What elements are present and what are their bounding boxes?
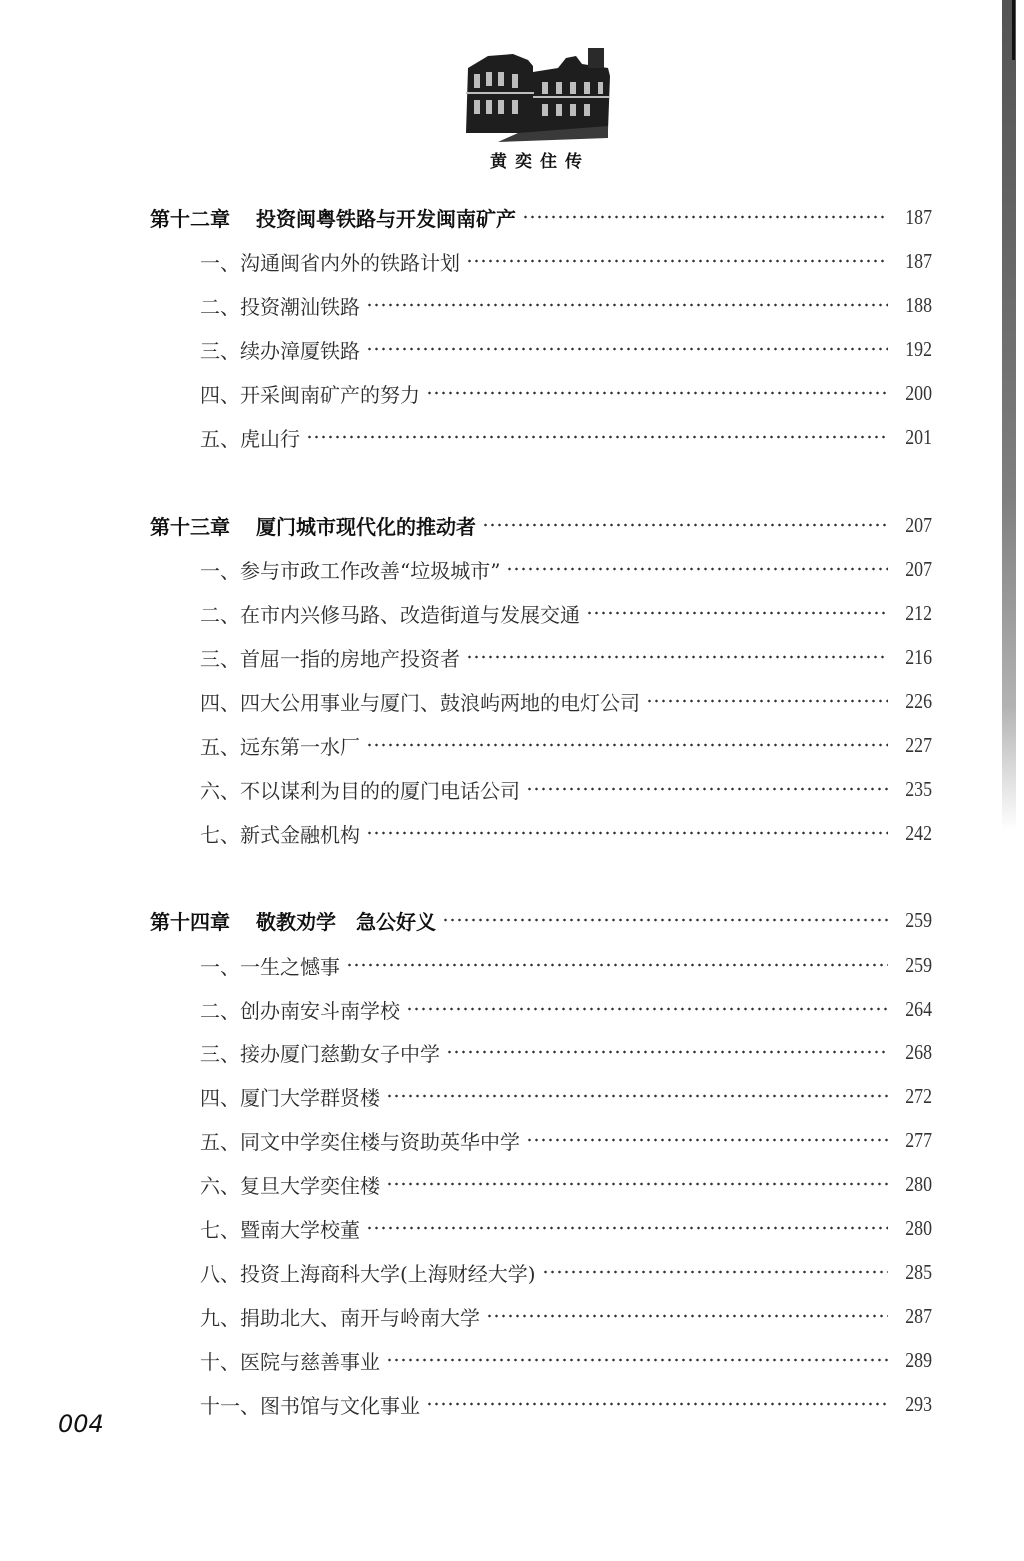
- page-number: 235: [900, 777, 932, 802]
- section-title: 七、新式金融机构: [200, 819, 360, 848]
- toc-entry[interactable]: 三、接办厦门慈勤女子中学268: [200, 1037, 932, 1067]
- dot-leader: [406, 1006, 888, 1012]
- dot-leader: [386, 1093, 888, 1099]
- dot-leader: [346, 962, 888, 968]
- dot-leader: [482, 522, 888, 528]
- page-number: 264: [900, 997, 932, 1022]
- section-title: 五、远东第一水厂: [200, 731, 360, 760]
- toc-entry[interactable]: 二、在市内兴修马路、改造街道与发展交通212: [200, 598, 932, 628]
- section-title: 四、厦门大学群贤楼: [200, 1082, 380, 1111]
- toc-entry[interactable]: 十一、图书馆与文化事业293: [200, 1389, 932, 1419]
- section-title: 七、暨南大学校董: [200, 1214, 360, 1243]
- section-title: 三、续办漳厦铁路: [200, 335, 360, 364]
- toc-entry[interactable]: 七、暨南大学校董280: [200, 1213, 932, 1243]
- chapter-heading[interactable]: 第十三章 厦门城市现代化的推动者 207: [150, 510, 932, 540]
- page-number: 285: [900, 1260, 932, 1285]
- page-number: 259: [900, 908, 932, 933]
- toc-entry[interactable]: 六、不以谋利为目的的厦门电话公司235: [200, 774, 932, 804]
- toc-entry[interactable]: 一、沟通闽省内外的铁路计划187: [200, 246, 932, 276]
- toc-entry[interactable]: 三、续办漳厦铁路192: [200, 334, 932, 364]
- dot-leader: [366, 346, 888, 352]
- scan-edge-artifact: [1002, 0, 1016, 830]
- section-title: 八、投资上海商科大学(上海财经大学): [200, 1258, 536, 1287]
- page-number: 226: [900, 689, 932, 714]
- section-title: 二、投资潮汕铁路: [200, 291, 360, 320]
- page-folio: 004: [58, 1410, 104, 1438]
- dot-leader: [526, 1137, 888, 1143]
- dot-leader: [386, 1357, 888, 1363]
- page-number: 277: [900, 1128, 932, 1153]
- dot-leader: [426, 390, 888, 396]
- page-number: 192: [900, 337, 932, 362]
- toc-entry[interactable]: 十、医院与慈善事业289: [200, 1345, 932, 1375]
- page-number: 287: [900, 1304, 932, 1329]
- section-title: 三、接办厦门慈勤女子中学: [200, 1038, 440, 1067]
- page-number: 268: [900, 1040, 932, 1065]
- toc-entry[interactable]: 四、四大公用事业与厦门、鼓浪屿两地的电灯公司226: [200, 686, 932, 716]
- dot-leader: [466, 258, 888, 264]
- page-number: 207: [900, 557, 932, 582]
- chapter-number: 第十四章: [150, 906, 230, 935]
- toc-entry[interactable]: 五、远东第一水厂227: [200, 730, 932, 760]
- section-title: 六、复旦大学奕住楼: [200, 1170, 380, 1199]
- chapter-heading[interactable]: 第十二章 投资闽粤铁路与开发闽南矿产 187: [150, 202, 932, 232]
- section-title: 十、医院与慈善事业: [200, 1346, 380, 1375]
- chapter-heading[interactable]: 第十四章 敬教劝学 急公好义 259: [150, 905, 932, 935]
- book-title: 黄奕住传: [440, 147, 640, 172]
- section-title: 三、首屈一指的房地产投资者: [200, 643, 460, 672]
- toc-entry[interactable]: 一、一生之憾事259: [200, 950, 932, 980]
- chapter-title: 厦门城市现代化的推动者: [256, 511, 476, 540]
- chapter-number: 第十三章: [150, 511, 230, 540]
- section-title: 一、一生之憾事: [200, 951, 340, 980]
- section-title: 十一、图书馆与文化事业: [200, 1390, 420, 1419]
- page-number: 201: [900, 425, 932, 450]
- dot-leader: [386, 1181, 888, 1187]
- toc-entry[interactable]: 三、首屈一指的房地产投资者216: [200, 642, 932, 672]
- dot-leader: [366, 1225, 888, 1231]
- toc-entry[interactable]: 四、开采闽南矿产的努力200: [200, 378, 932, 408]
- toc-entry[interactable]: 九、捐助北大、南开与岭南大学287: [200, 1301, 932, 1331]
- toc-entry[interactable]: 二、创办南安斗南学校264: [200, 994, 932, 1024]
- toc-entry[interactable]: 四、厦门大学群贤楼272: [200, 1081, 932, 1111]
- dot-leader: [486, 1313, 888, 1319]
- dot-leader: [306, 434, 888, 440]
- page-number: 280: [900, 1172, 932, 1197]
- page-number: 212: [900, 601, 932, 626]
- page-number: 289: [900, 1348, 932, 1373]
- page-number: 293: [900, 1392, 932, 1417]
- dot-leader: [466, 654, 888, 660]
- toc-entry[interactable]: 五、同文中学奕住楼与资助英华中学277: [200, 1125, 932, 1155]
- toc-entry[interactable]: 八、投资上海商科大学(上海财经大学)285: [200, 1257, 932, 1287]
- dot-leader: [366, 742, 888, 748]
- dot-leader: [442, 917, 888, 923]
- section-title: 五、同文中学奕住楼与资助英华中学: [200, 1126, 520, 1155]
- page-number: 259: [900, 953, 932, 978]
- section-title: 二、创办南安斗南学校: [200, 995, 400, 1024]
- section-title: 一、沟通闽省内外的铁路计划: [200, 247, 460, 276]
- chapter-title: 投资闽粤铁路与开发闽南矿产: [256, 203, 516, 232]
- section-title: 二、在市内兴修马路、改造街道与发展交通: [200, 599, 580, 628]
- scan-edge-artifact-dark: [1012, 0, 1015, 60]
- chapter-title: 敬教劝学 急公好义: [256, 906, 436, 935]
- chapter-number: 第十二章: [150, 203, 230, 232]
- page-number: 188: [900, 293, 932, 318]
- dot-leader: [526, 786, 888, 792]
- dot-leader: [506, 566, 888, 572]
- section-title: 一、参与市政工作改善“垃圾城市”: [200, 555, 500, 584]
- page-number: 272: [900, 1084, 932, 1109]
- toc-entry[interactable]: 二、投资潮汕铁路188: [200, 290, 932, 320]
- section-title: 五、虎山行: [200, 423, 300, 452]
- page-number: 207: [900, 513, 932, 538]
- dot-leader: [366, 302, 888, 308]
- dot-leader: [522, 214, 888, 220]
- dot-leader: [542, 1269, 888, 1275]
- page-number: 242: [900, 821, 932, 846]
- section-title: 九、捐助北大、南开与岭南大学: [200, 1302, 480, 1331]
- dot-leader: [426, 1401, 888, 1407]
- page-number: 187: [900, 205, 932, 230]
- toc-entry[interactable]: 六、复旦大学奕住楼280: [200, 1169, 932, 1199]
- toc-entry[interactable]: 一、参与市政工作改善“垃圾城市”207: [200, 554, 932, 584]
- page-number: 216: [900, 645, 932, 670]
- dot-leader: [586, 610, 888, 616]
- page-number: 200: [900, 381, 932, 406]
- page-number: 227: [900, 733, 932, 758]
- section-title: 四、开采闽南矿产的努力: [200, 379, 420, 408]
- toc-entry[interactable]: 五、虎山行201: [200, 422, 932, 452]
- toc-entry[interactable]: 七、新式金融机构242: [200, 818, 932, 848]
- page-number: 280: [900, 1216, 932, 1241]
- section-title: 四、四大公用事业与厦门、鼓浪屿两地的电灯公司: [200, 687, 640, 716]
- dot-leader: [366, 830, 888, 836]
- section-title: 六、不以谋利为目的的厦门电话公司: [200, 775, 520, 804]
- dot-leader: [446, 1049, 888, 1055]
- building-illustration-icon: [458, 38, 618, 148]
- dot-leader: [646, 698, 888, 704]
- page-number: 187: [900, 249, 932, 274]
